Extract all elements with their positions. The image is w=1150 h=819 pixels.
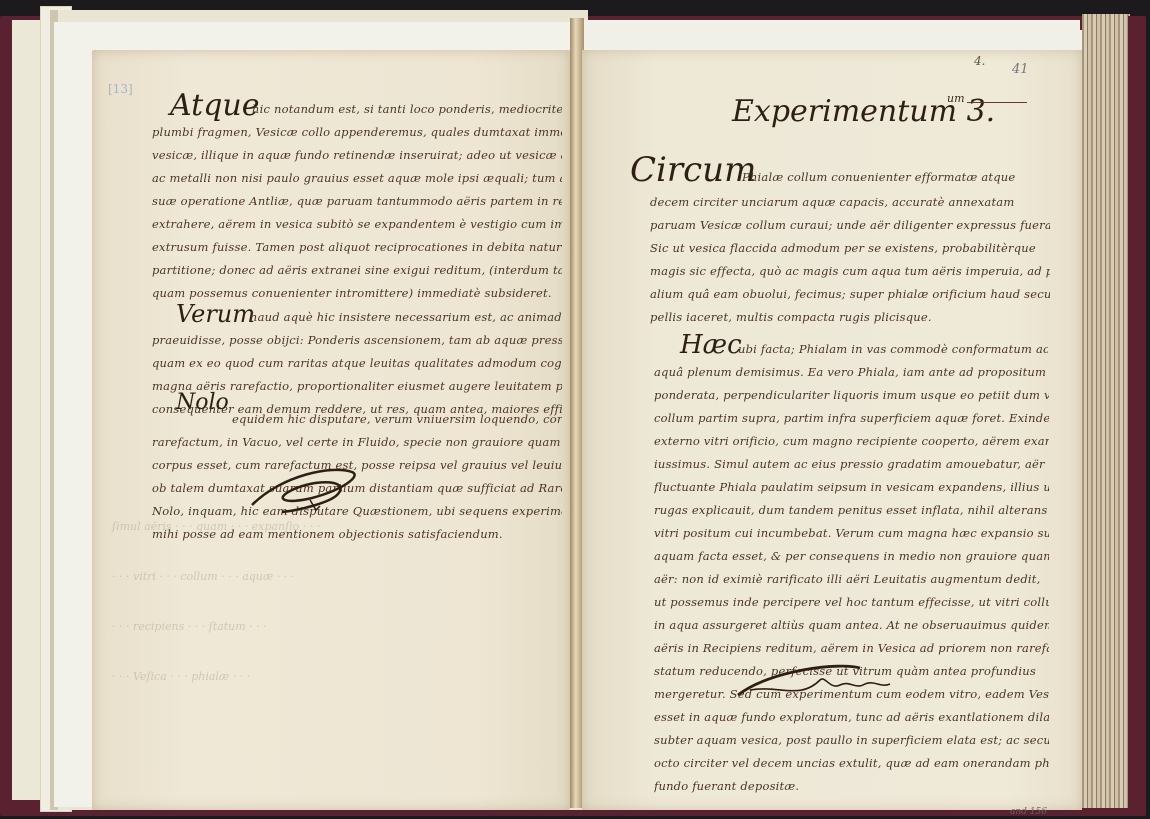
binder-inner-lining	[12, 20, 42, 800]
text-line: quam possemus conuenienter intromittere)…	[152, 286, 562, 300]
text-line: fundo fuerant depositæ.	[654, 779, 1049, 793]
title-superscript: um	[947, 92, 965, 105]
binder-spine-right	[1128, 16, 1142, 816]
bleed-through-text: · · · recipiens · · · ſtatum · · ·	[112, 620, 267, 633]
signature-flourish	[242, 460, 382, 530]
text-line: haud aquè hic insistere necessarium est,…	[250, 310, 562, 324]
text-line: esset in aquæ fundo exploratum, tunc ad …	[654, 710, 1049, 724]
text-line: suæ operatione Antliæ, quæ paruam tantum…	[152, 194, 562, 208]
text-line: decem circiter unciarum aquæ capacis, ac…	[650, 195, 1050, 209]
text-line: partitione; donec ad aëris extranei sine…	[152, 263, 562, 277]
bleed-through-text: · · · vitri · · · collum · · · aquæ · · …	[112, 570, 294, 583]
folio-number-pencil: 41	[1012, 62, 1029, 77]
text-line: aër: non id eximiè rarificato illi aëri …	[654, 572, 1049, 586]
text-line: Sic ut vesica flaccida admodum per se ex…	[650, 241, 1050, 255]
paragraph-initial: Atque	[170, 88, 259, 123]
text-line: subter aquam vesica, post paullo in supe…	[654, 733, 1049, 747]
paragraph-initial: Hæc	[680, 330, 742, 360]
text-line: hic notandum est, si tanti loco ponderis…	[252, 102, 562, 116]
text-line: fluctuante Phiala paulatim seipsum in ve…	[654, 480, 1049, 494]
text-line: collum partim supra, partim infra superf…	[654, 411, 1049, 425]
text-line: ubi facta; Phialam in vas commodè confor…	[738, 342, 1048, 356]
text-line: vesicæ, illique in aquæ fundo retinendæ …	[152, 148, 562, 162]
text-line: vitri positum cui incumbebat. Verum cum …	[654, 526, 1049, 540]
bleed-through-text: · · · Veſica · · · phialæ · · ·	[112, 670, 250, 683]
text-line: iussimus. Simul autem ac eius pressio gr…	[654, 457, 1049, 471]
text-line: Phialæ collum conuenienter efformatæ atq…	[742, 170, 1042, 184]
text-line: ut possemus inde percipere vel hoc tantu…	[654, 595, 1049, 609]
text-line: plumbi fragmen, Vesicæ collo appenderemu…	[152, 125, 562, 139]
text-line: in aqua assurgeret altiùs quam antea. At…	[654, 618, 1049, 632]
text-line: paruam Vesicæ collum curaui; unde aër di…	[650, 218, 1050, 232]
text-line: magis sic effecta, quò ac magis cum aqua…	[650, 264, 1050, 278]
right-top-sheet	[584, 20, 1080, 52]
title-flourish-line	[967, 102, 1027, 103]
text-line: praeuidisse, posse obijci: Ponderis asce…	[152, 333, 562, 347]
text-line: externo vitri orificio, cum magno recipi…	[654, 434, 1049, 448]
text-line: octo circiter vel decem uncias extulit, …	[654, 756, 1049, 770]
text-line: rugas explicauit, dum tandem penitus ess…	[654, 503, 1049, 517]
paragraph-initial: Verum	[176, 300, 255, 328]
text-line: equidem hic disputare, verum vniuersim l…	[232, 412, 562, 426]
pencil-annotation: and 156	[1010, 807, 1047, 817]
text-line: ponderata, perpendiculariter liquoris im…	[654, 388, 1049, 402]
signature-flourish	[730, 660, 900, 705]
paragraph-initial: Circum	[630, 150, 756, 190]
book-fore-edge	[1082, 14, 1130, 808]
text-line: aëris in Recipiens reditum, aërem in Ves…	[654, 641, 1049, 655]
text-line: ac metalli non nisi paulo grauius esset …	[152, 171, 562, 185]
text-line: aquam facta esset, & per consequens in m…	[654, 549, 1049, 563]
paragraph-initial: Nolo	[176, 390, 229, 415]
text-line: rarefactum, in Vacuo, vel certe in Fluid…	[152, 435, 562, 449]
text-line: aquâ plenum demisimus. Ea vero Phiala, i…	[654, 365, 1049, 379]
text-line: extrahere, aërem in vesica subitò se exp…	[152, 217, 562, 231]
folio-number-ink: 4.	[974, 54, 985, 68]
text-line: alium quâ eam obuolui, fecimus; super ph…	[650, 287, 1050, 301]
faint-folio-number: [13]	[108, 82, 133, 96]
text-line: quam ex eo quod cum raritas atque leuita…	[152, 356, 562, 370]
left-manuscript-page: [13] ſimul aëris · · · quam · · · expanſ…	[92, 50, 570, 810]
text-line: extrusum fuisse. Tamen post aliquot reci…	[152, 240, 562, 254]
text-line: pellis iaceret, multis compacta rugis pl…	[650, 310, 1050, 324]
